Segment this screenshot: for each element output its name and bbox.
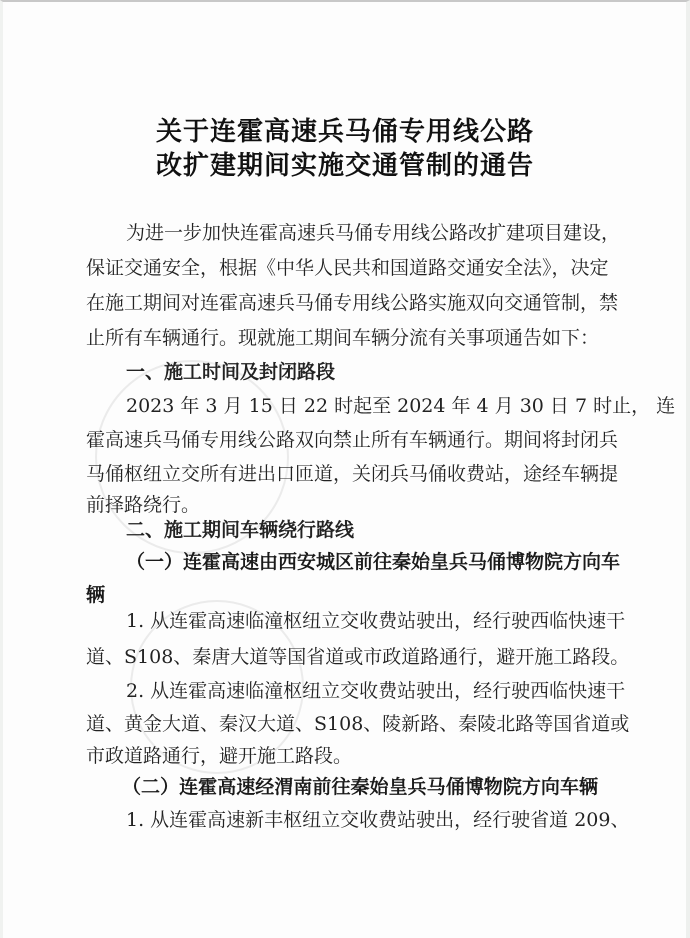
route-item-line: 市政道路通行，避开施工路段。 [86,739,598,773]
intro-paragraph-line: 保证交通安全，根据《中华人民共和国道路交通安全法》，决定 [86,251,598,285]
section-2-heading: 二、施工期间车辆绕行路线 [126,513,598,547]
route-item-line: 2. 从连霍高速临潼枢纽立交收费站驶出，经行驶西临快速干 [126,674,598,708]
subsection-2-heading: （二）连霍高速经渭南前往秦始皇兵马俑博物院方向车辆 [122,770,598,804]
section-1-paragraph-line: 霍高速兵马俑专用线公路双向禁止所有车辆通行。期间将封闭兵 [86,423,598,457]
document-title-line-2: 改扩建期间实施交通管制的通告 [0,150,690,183]
intro-paragraph-line: 为进一步加快连霍高速兵马俑专用线公路改扩建项目建设， [126,216,598,250]
intro-paragraph-line: 止所有车辆通行。现就施工期间车辆分流有关事项通告如下： [86,321,598,355]
section-1-heading: 一、施工时间及封闭路段 [126,355,598,389]
section-1-paragraph-line: 马俑枢纽立交所有进出口匝道，关闭兵马俑收费站，途经车辆提 [86,457,598,491]
section-1-paragraph-line: 2023 年 3 月 15 日 22 时起至 2024 年 4 月 30 日 7… [126,389,598,423]
document-title-line-1: 关于连霍高速兵马俑专用线公路 [0,116,690,149]
intro-paragraph-line: 在施工期间对连霍高速兵马俑专用线公路实施双向交通管制，禁 [86,286,598,320]
subsection-1-heading: （一）连霍高速由西安城区前往秦始皇兵马俑博物院方向车 [126,545,598,579]
route-item-line: 1. 从连霍高速新丰枢纽立交收费站驶出，经行驶省道 209、 [126,803,598,837]
route-item-line: 道、黄金大道、秦汉大道、S108、陵新路、秦陵北路等国省道或 [86,707,598,741]
route-item-line: 1. 从连霍高速临潼枢纽立交收费站驶出，经行驶西临快速干 [126,604,598,638]
route-item-line: 道、S108、秦唐大道等国省道或市政道路通行，避开施工路段。 [86,640,598,674]
